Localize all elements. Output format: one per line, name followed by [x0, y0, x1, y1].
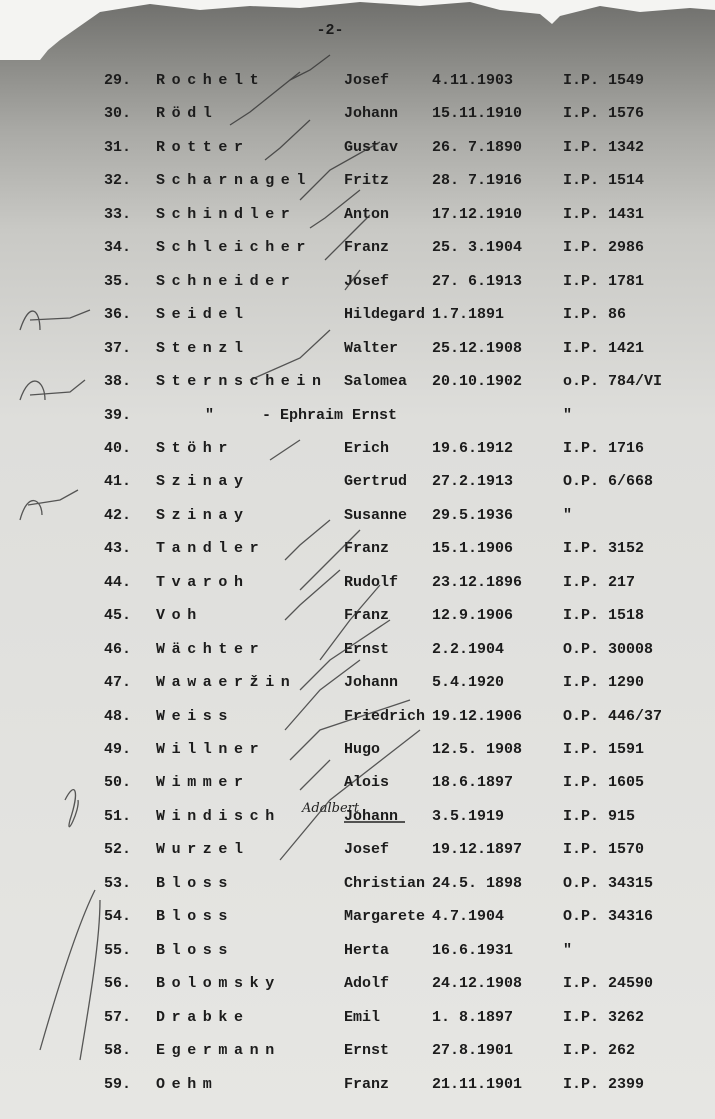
- entry-row: 42.SzinaySusanne29.5.1936": [0, 507, 715, 531]
- entry-number: 54.: [104, 908, 131, 925]
- entry-registration: I.P. 3262: [563, 1009, 644, 1026]
- entry-number: 36.: [104, 306, 131, 323]
- entry-surname: Windisch: [156, 808, 281, 825]
- entry-number: 43.: [104, 540, 131, 557]
- entry-surname: Bloss: [156, 942, 234, 959]
- entry-first-name: Walter: [344, 340, 398, 357]
- entry-first-name: Fritz: [344, 172, 389, 189]
- entry-row: 36.SeidelHildegard1.7.1891I.P. 86: [0, 306, 715, 330]
- entry-number: 53.: [104, 875, 131, 892]
- entry-number: 56.: [104, 975, 131, 992]
- entry-first-name: Anton: [344, 206, 389, 223]
- entry-birth-date: 24.5. 1898: [432, 875, 522, 892]
- entry-surname: Oehm: [156, 1076, 218, 1093]
- entry-birth-date: 16.6.1931: [432, 942, 513, 959]
- entry-row: 53.BlossChristian24.5. 1898O.P. 34315: [0, 875, 715, 899]
- entry-number: 33.: [104, 206, 131, 223]
- entry-first-name: Gertrud: [344, 473, 407, 490]
- entry-number: 34.: [104, 239, 131, 256]
- entry-row: 46.WächterErnst2.2.1904O.P. 30008: [0, 641, 715, 665]
- entry-row: 56.BolomskyAdolf24.12.1908I.P. 24590: [0, 975, 715, 999]
- entry-registration: I.P. 1518: [563, 607, 644, 624]
- entry-surname: Wurzel: [156, 841, 250, 858]
- entry-surname: Egermann: [156, 1042, 281, 1059]
- entry-surname: Scharnagel: [156, 172, 312, 189]
- entry-number: 35.: [104, 273, 131, 290]
- entry-registration: I.P. 915: [563, 808, 635, 825]
- entry-registration: I.P. 1514: [563, 172, 644, 189]
- entry-birth-date: 1.7.1891: [432, 306, 504, 323]
- entry-birth-date: 2.2.1904: [432, 641, 504, 658]
- entry-birth-date: 12.5. 1908: [432, 741, 522, 758]
- entry-row: 32.ScharnagelFritz28. 7.1916I.P. 1514: [0, 172, 715, 196]
- entry-number: 42.: [104, 507, 131, 524]
- entry-registration: I.P. 24590: [563, 975, 653, 992]
- entry-row: 33.SchindlerAnton17.12.1910I.P. 1431: [0, 206, 715, 230]
- entry-birth-date: 3.5.1919: [432, 808, 504, 825]
- entry-registration: I.P. 1781: [563, 273, 644, 290]
- entry-registration: I.P. 1290: [563, 674, 644, 691]
- entry-first-name: Adolf: [344, 975, 389, 992]
- entry-birth-date: 24.12.1908: [432, 975, 522, 992]
- entry-first-name: Hugo: [344, 741, 380, 758]
- entry-number: 52.: [104, 841, 131, 858]
- entry-surname: Stöhr: [156, 440, 234, 457]
- entry-number: 40.: [104, 440, 131, 457]
- entry-first-name: Susanne: [344, 507, 407, 524]
- entry-birth-date: 5.4.1920: [432, 674, 504, 691]
- entry-registration: I.P. 1591: [563, 741, 644, 758]
- entry-first-name: Alois: [344, 774, 389, 791]
- entry-registration: I.P. 262: [563, 1042, 635, 1059]
- entry-surname: Drabke: [156, 1009, 250, 1026]
- entry-row: 45.VohFranz12.9.1906I.P. 1518: [0, 607, 715, 631]
- entry-first-name: Josef: [344, 273, 389, 290]
- entry-number: 32.: [104, 172, 131, 189]
- entry-number: 39.: [104, 407, 131, 424]
- entry-registration: I.P. 1342: [563, 139, 644, 156]
- entry-surname: ": [205, 407, 221, 424]
- entry-registration: I.P. 3152: [563, 540, 644, 557]
- entry-row: 55.BlossHerta16.6.1931": [0, 942, 715, 966]
- entry-surname: Rochelt: [156, 72, 265, 89]
- entry-first-name: Johann: [344, 674, 398, 691]
- entry-row: 54.BlossMargarete4.7.1904O.P. 34316: [0, 908, 715, 932]
- entry-first-name: Rudolf: [344, 574, 398, 591]
- entry-row: 35.SchneiderJosef27. 6.1913I.P. 1781: [0, 273, 715, 297]
- entry-first-name: Gustav: [344, 139, 398, 156]
- entry-first-name: Christian: [344, 875, 425, 892]
- entry-first-name: Herta: [344, 942, 389, 959]
- entry-surname: Schindler: [156, 206, 296, 223]
- entry-row: 37.StenzlWalter25.12.1908I.P. 1421: [0, 340, 715, 364]
- entry-birth-date: 25. 3.1904: [432, 239, 522, 256]
- entry-surname: Rotter: [156, 139, 250, 156]
- entry-birth-date: 19.12.1906: [432, 708, 522, 725]
- entry-birth-date: 4.7.1904: [432, 908, 504, 925]
- entry-birth-date: 4.11.1903: [432, 72, 513, 89]
- entry-birth-date: 29.5.1936: [432, 507, 513, 524]
- entry-surname: Tvaroh: [156, 574, 250, 591]
- entry-first-name: Ernst: [344, 641, 389, 658]
- entry-registration: O.P. 34316: [563, 908, 653, 925]
- entry-registration: I.P. 1431: [563, 206, 644, 223]
- entry-number: 44.: [104, 574, 131, 591]
- entry-number: 37.: [104, 340, 131, 357]
- entry-number: 57.: [104, 1009, 131, 1026]
- entry-first-name: Johann: [344, 105, 398, 122]
- entry-surname: Szinay: [156, 507, 250, 524]
- entry-registration: O.P. 6/668: [563, 473, 653, 490]
- entry-number: 51.: [104, 808, 131, 825]
- entry-registration: I.P. 1576: [563, 105, 644, 122]
- entry-first-name: Erich: [344, 440, 389, 457]
- entry-row: 58.EgermannErnst27.8.1901I.P. 262: [0, 1042, 715, 1066]
- entry-birth-date: 28. 7.1916: [432, 172, 522, 189]
- entry-birth-date: 15.11.1910: [432, 105, 522, 122]
- entry-first-name: Hildegard: [344, 306, 425, 323]
- entry-number: 46.: [104, 641, 131, 658]
- entry-surname: Willner: [156, 741, 265, 758]
- entry-surname: Bloss: [156, 908, 234, 925]
- entry-registration: I.P. 1421: [563, 340, 644, 357]
- entry-birth-date: 19.12.1897: [432, 841, 522, 858]
- entry-registration: I.P. 1605: [563, 774, 644, 791]
- entry-row: 38.SternscheinSalomea20.10.1902o.P. 784/…: [0, 373, 715, 397]
- entry-row: 31.RotterGustav26. 7.1890I.P. 1342: [0, 139, 715, 163]
- entry-birth-date: 23.12.1896: [432, 574, 522, 591]
- entry-number: 29.: [104, 72, 131, 89]
- entry-row: 44.TvarohRudolf23.12.1896I.P. 217: [0, 574, 715, 598]
- entry-surname: Sternschein: [156, 373, 328, 390]
- document-page: -2- 29.RocheltJosef4.11.1903I.P. 154930.…: [0, 0, 715, 1119]
- entry-number: 58.: [104, 1042, 131, 1059]
- entry-number: 31.: [104, 139, 131, 156]
- entry-surname: Bolomsky: [156, 975, 281, 992]
- entry-surname: Tandler: [156, 540, 265, 557]
- entry-surname: Weiss: [156, 708, 234, 725]
- entry-row: 48.WeissFriedrich19.12.1906O.P. 446/37: [0, 708, 715, 732]
- entry-number: 59.: [104, 1076, 131, 1093]
- entry-first-name: Franz: [344, 1076, 389, 1093]
- entry-row: 34.SchleicherFranz25. 3.1904I.P. 2986: [0, 239, 715, 263]
- entry-registration: O.P. 30008: [563, 641, 653, 658]
- page-number: -2-: [310, 22, 350, 39]
- entry-row: 47.WawaeržinJohann5.4.1920I.P. 1290: [0, 674, 715, 698]
- entry-surname: Schleicher: [156, 239, 312, 256]
- entry-birth-date: 19.6.1912: [432, 440, 513, 457]
- entry-number: 30.: [104, 105, 131, 122]
- entry-birth-date: 20.10.1902: [432, 373, 522, 390]
- entry-first-name: Johann: [344, 808, 398, 825]
- entry-row: 59.OehmFranz21.11.1901I.P. 2399: [0, 1076, 715, 1100]
- entry-row: 40.StöhrErich19.6.1912I.P. 1716: [0, 440, 715, 464]
- entry-first-name: Franz: [344, 607, 389, 624]
- entry-birth-date: 21.11.1901: [432, 1076, 522, 1093]
- entry-number: 55.: [104, 942, 131, 959]
- entry-birth-date: 15.1.1906: [432, 540, 513, 557]
- entry-registration: I.P. 1716: [563, 440, 644, 457]
- entry-number: 47.: [104, 674, 131, 691]
- entry-surname: Bloss: [156, 875, 234, 892]
- entry-registration: o.P. 784/VI: [563, 373, 662, 390]
- entry-number: 50.: [104, 774, 131, 791]
- entry-registration: O.P. 446/37: [563, 708, 662, 725]
- entry-registration: O.P. 34315: [563, 875, 653, 892]
- entry-first-name: Ernst: [344, 1042, 389, 1059]
- entry-first-name: Franz: [344, 239, 389, 256]
- entry-first-name: Emil: [344, 1009, 380, 1026]
- entry-birth-date: 1. 8.1897: [432, 1009, 513, 1026]
- entry-surname: Wimmer: [156, 774, 250, 791]
- entry-number: 49.: [104, 741, 131, 758]
- entry-registration: I.P. 2399: [563, 1076, 644, 1093]
- entry-row: 51.WindischJohann3.5.1919I.P. 915: [0, 808, 715, 832]
- entry-row: 57.DrabkeEmil1. 8.1897I.P. 3262: [0, 1009, 715, 1033]
- entry-row: 43.TandlerFranz15.1.1906I.P. 3152: [0, 540, 715, 564]
- entry-row: 52.WurzelJosef19.12.1897I.P. 1570: [0, 841, 715, 865]
- entry-first-name: Franz: [344, 540, 389, 557]
- entry-number: 48.: [104, 708, 131, 725]
- entry-registration: I.P. 1570: [563, 841, 644, 858]
- entry-birth-date: 17.12.1910: [432, 206, 522, 223]
- entry-surname: Stenzl: [156, 340, 250, 357]
- entry-birth-date: 27.2.1913: [432, 473, 513, 490]
- entry-row: 41.SzinayGertrud27.2.1913O.P. 6/668: [0, 473, 715, 497]
- entry-first-name: - Ephraim Ernst: [262, 407, 397, 424]
- entry-surname: Schneider: [156, 273, 296, 290]
- entry-row: 30.RödlJohann15.11.1910I.P. 1576: [0, 105, 715, 129]
- entry-number: 38.: [104, 373, 131, 390]
- entry-surname: Wawaeržin: [156, 674, 296, 691]
- entry-first-name: Margarete: [344, 908, 425, 925]
- entry-surname: Rödl: [156, 105, 218, 122]
- entry-birth-date: 27. 6.1913: [432, 273, 522, 290]
- entry-first-name: Salomea: [344, 373, 407, 390]
- entry-birth-date: 12.9.1906: [432, 607, 513, 624]
- entry-row: 39."- Ephraim Ernst": [0, 407, 715, 431]
- entry-surname: Wächter: [156, 641, 265, 658]
- entry-surname: Szinay: [156, 473, 250, 490]
- entry-birth-date: 27.8.1901: [432, 1042, 513, 1059]
- torn-edge: [0, 0, 715, 60]
- entry-registration: ": [563, 407, 572, 424]
- entry-row: 50.WimmerAlois18.6.1897I.P. 1605: [0, 774, 715, 798]
- entry-birth-date: 25.12.1908: [432, 340, 522, 357]
- entry-registration: ": [563, 507, 572, 524]
- entry-first-name: Friedrich: [344, 708, 425, 725]
- entry-row: 29.RocheltJosef4.11.1903I.P. 1549: [0, 72, 715, 96]
- entry-birth-date: 26. 7.1890: [432, 139, 522, 156]
- entry-surname: Seidel: [156, 306, 250, 323]
- entry-birth-date: 18.6.1897: [432, 774, 513, 791]
- entry-first-name: Josef: [344, 72, 389, 89]
- entry-registration: I.P. 86: [563, 306, 626, 323]
- entry-first-name: Josef: [344, 841, 389, 858]
- entry-registration: I.P. 2986: [563, 239, 644, 256]
- entry-registration: I.P. 1549: [563, 72, 644, 89]
- entry-row: 49.WillnerHugo12.5. 1908I.P. 1591: [0, 741, 715, 765]
- entry-surname: Voh: [156, 607, 203, 624]
- entry-registration: I.P. 217: [563, 574, 635, 591]
- entry-number: 41.: [104, 473, 131, 490]
- entry-number: 45.: [104, 607, 131, 624]
- entry-registration: ": [563, 942, 572, 959]
